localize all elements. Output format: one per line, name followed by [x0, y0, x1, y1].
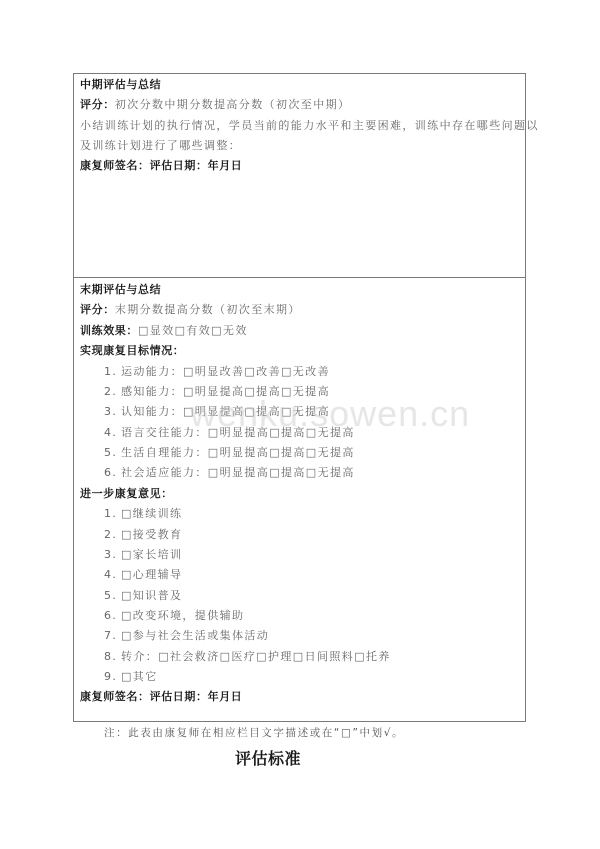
goal-options[interactable]: 认知能力：□明显提高□提高□无提高: [121, 405, 330, 418]
midterm-signature: 康复师签名：评估日期：年月日: [80, 156, 242, 176]
advice-item: 3.□家长培训: [104, 545, 182, 565]
midterm-score-row: 评分：初次分数中期分数提高分数（初次至中期）: [80, 95, 350, 115]
goal-number: 2.: [104, 382, 121, 402]
advice-option[interactable]: □改变环境，提供辅助: [121, 609, 244, 622]
goal-item: 3.认知能力：□明显提高□提高□无提高: [104, 402, 330, 422]
advice-item: 4.□心理辅导: [104, 565, 182, 585]
advice-item: 2.□接受教育: [104, 525, 182, 545]
advice-label: 进一步康复意见：: [80, 484, 173, 504]
advice-number: 6.: [104, 606, 121, 626]
advice-option[interactable]: □知识普及: [121, 589, 182, 602]
goal-number: 6.: [104, 463, 121, 483]
midterm-summary-line1: 小结训练计划的执行情况，学员当前的能力水平和主要困难，训练中存在哪些问题以: [80, 116, 539, 136]
midterm-summary-line2: 及训练计划进行了哪些调整：: [80, 136, 241, 156]
advice-option[interactable]: 转介：□社会救济□医疗□护理□日间照料□托养: [121, 650, 391, 663]
final-signature: 康复师签名：评估日期：年月日: [80, 687, 242, 707]
goal-options[interactable]: 生活自理能力：□明显提高□提高□无提高: [121, 446, 355, 459]
section-divider: [74, 277, 525, 278]
advice-option[interactable]: □其它: [121, 670, 158, 683]
goal-options[interactable]: 感知能力：□明显提高□提高□无提高: [121, 385, 330, 398]
advice-item: 1.□继续训练: [104, 504, 182, 524]
goal-options[interactable]: 运动能力：□明显改善□改善□无改善: [121, 365, 330, 378]
goal-number: 5.: [104, 443, 121, 463]
goal-item: 2.感知能力：□明显提高□提高□无提高: [104, 382, 330, 402]
goal-item: 1.运动能力：□明显改善□改善□无改善: [104, 362, 330, 382]
advice-number: 1.: [104, 504, 121, 524]
form-note: 注：此表由康复师在相应栏目文字描述或在“□”中划√。: [104, 723, 404, 743]
advice-item: 8.转介：□社会救济□医疗□护理□日间照料□托养: [104, 647, 391, 667]
training-effect-options[interactable]: □显效□有效□无效: [138, 324, 248, 337]
advice-option[interactable]: □参与社会生活或集体活动: [121, 629, 269, 642]
training-effect-row: 训练效果：□显效□有效□无效: [80, 321, 248, 341]
goal-item: 6.社会适应能力：□明显提高□提高□无提高: [104, 463, 355, 483]
section-heading: 评估标准: [0, 746, 536, 769]
advice-option[interactable]: □继续训练: [121, 507, 182, 520]
final-score-row: 评分：末期分数提高分数（初次至末期）: [80, 300, 301, 320]
final-score-text: 末期分数提高分数（初次至末期）: [115, 303, 301, 316]
goal-item: 5.生活自理能力：□明显提高□提高□无提高: [104, 443, 355, 463]
training-effect-label: 训练效果：: [80, 324, 138, 337]
advice-number: 5.: [104, 586, 121, 606]
final-title: 末期评估与总结: [80, 280, 161, 300]
advice-number: 4.: [104, 565, 121, 585]
goals-label: 实现康复目标情况：: [80, 341, 184, 361]
advice-item: 5.□知识普及: [104, 586, 182, 606]
advice-item: 7.□参与社会生活或集体活动: [104, 626, 269, 646]
goal-number: 1.: [104, 362, 121, 382]
goal-item: 4.语言交往能力：□明显提高□提高□无提高: [104, 423, 355, 443]
advice-item: 9.□其它: [104, 667, 158, 687]
advice-item: 6.□改变环境，提供辅助: [104, 606, 244, 626]
advice-option[interactable]: □心理辅导: [121, 568, 182, 581]
advice-number: 2.: [104, 525, 121, 545]
goal-number: 3.: [104, 402, 121, 422]
advice-option[interactable]: □家长培训: [121, 548, 182, 561]
goal-options[interactable]: 社会适应能力：□明显提高□提高□无提高: [121, 466, 355, 479]
goal-number: 4.: [104, 423, 121, 443]
midterm-title: 中期评估与总结: [80, 75, 161, 95]
advice-number: 3.: [104, 545, 121, 565]
midterm-score-label: 评分：: [80, 98, 115, 111]
advice-number: 8.: [104, 647, 121, 667]
advice-number: 9.: [104, 667, 121, 687]
evaluation-table: 中期评估与总结 评分：初次分数中期分数提高分数（初次至中期） 小结训练计划的执行…: [73, 73, 526, 722]
advice-number: 7.: [104, 626, 121, 646]
final-score-label: 评分：: [80, 303, 115, 316]
goal-options[interactable]: 语言交往能力：□明显提高□提高□无提高: [121, 426, 355, 439]
midterm-score-text: 初次分数中期分数提高分数（初次至中期）: [115, 98, 351, 111]
advice-option[interactable]: □接受教育: [121, 528, 182, 541]
